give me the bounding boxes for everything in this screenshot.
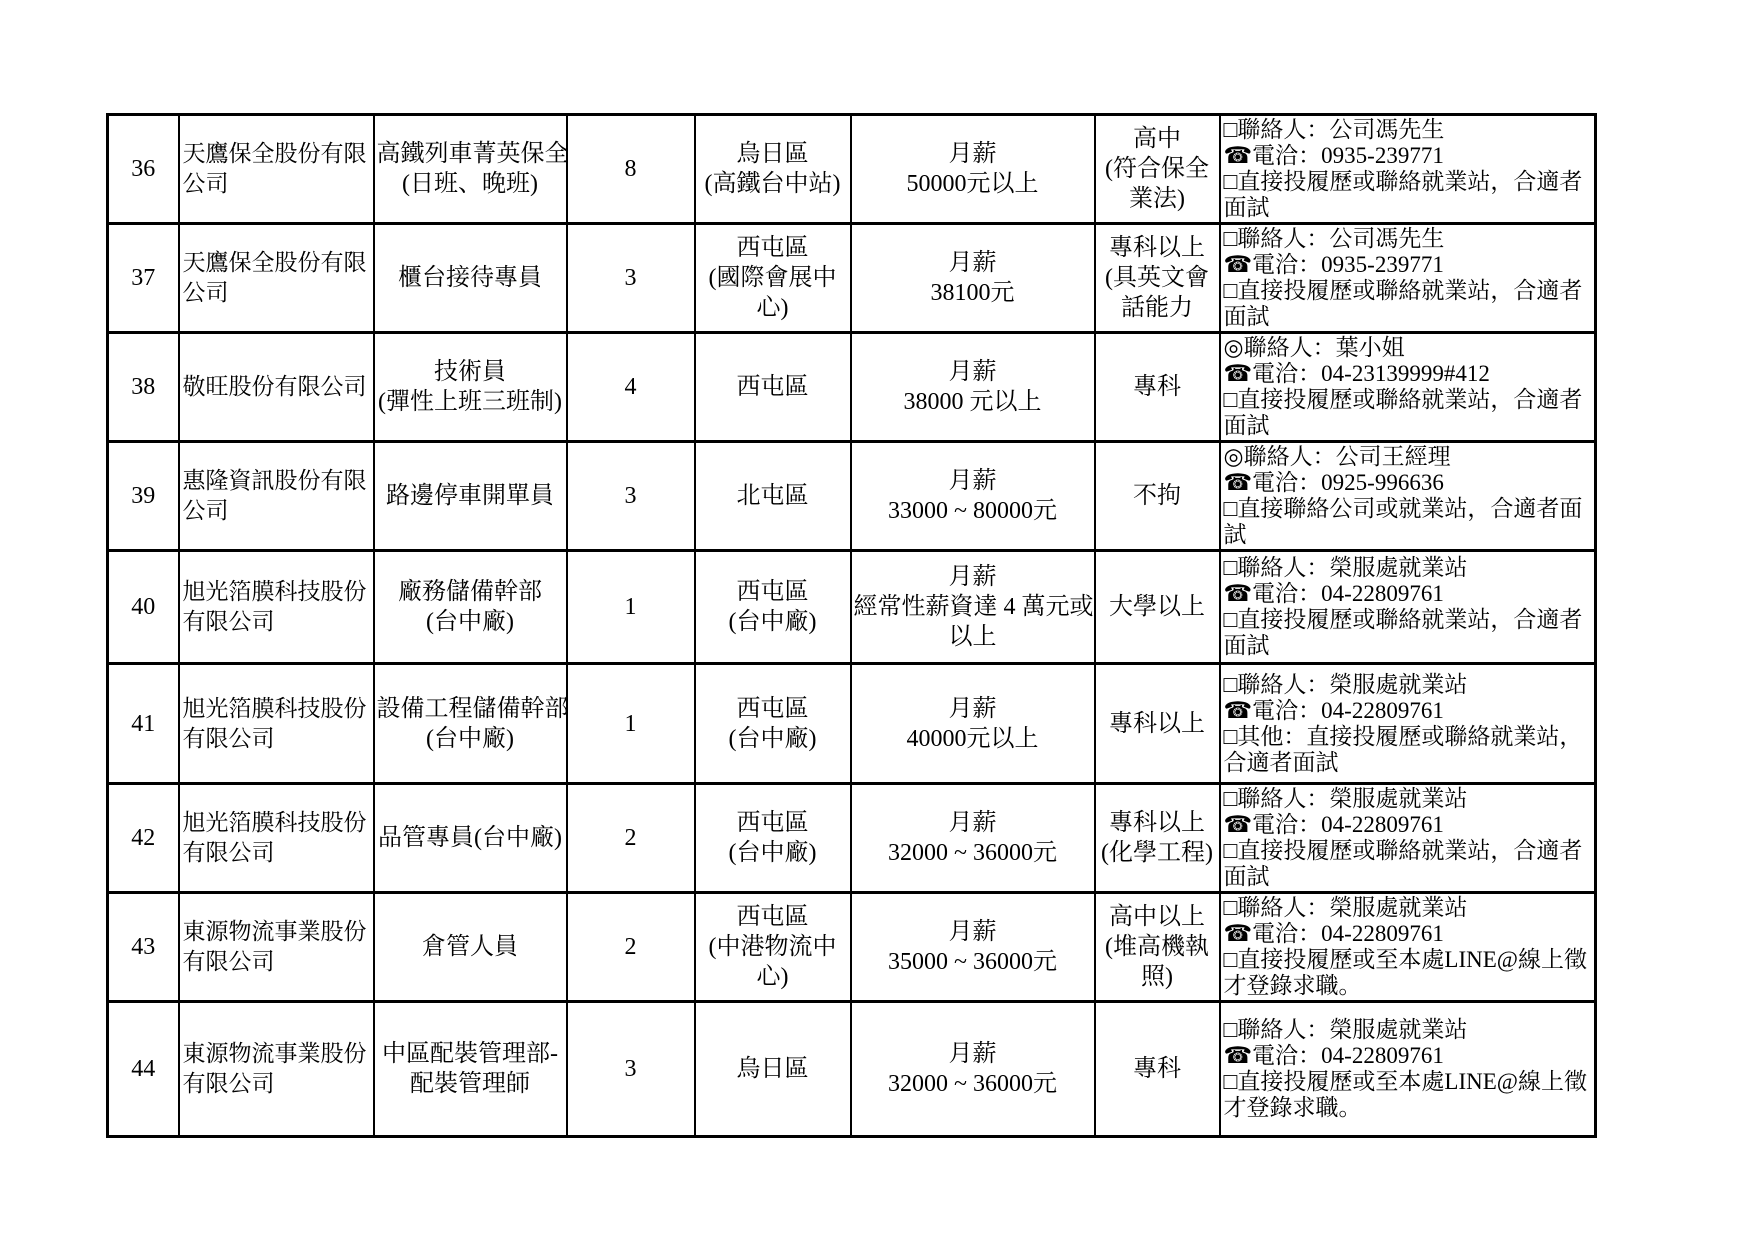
- contact-cell: □聯絡人：榮服處就業站☎電洽：04-22809761□直接投履歷或至本處LINE…: [1220, 1002, 1596, 1137]
- education-line: 專科: [1098, 1054, 1217, 1084]
- contact-line-text: 直接投履歷或聯絡就業站，合適者: [1237, 607, 1582, 632]
- education-line: 高中: [1098, 124, 1217, 154]
- openings-cell: 8: [567, 115, 695, 224]
- openings-cell: 4: [567, 333, 695, 442]
- contact-line-text: 電洽：04-22809761: [1252, 1043, 1444, 1068]
- contact-line: ☎電洽：0925-996636: [1224, 470, 1593, 496]
- education-cell: 高中以上(堆高機執照): [1095, 893, 1220, 1002]
- contact-line-text: 直接聯絡公司或就業站，合適者面: [1237, 496, 1582, 521]
- education-line: (具英文會: [1098, 263, 1217, 293]
- contact-line: □直接聯絡公司或就業站，合適者面: [1224, 496, 1593, 522]
- table-row: 37天鷹保全股份有限公司櫃台接待專員3西屯區(國際會展中心)月薪38100元專科…: [108, 224, 1596, 333]
- company-line: 公司: [183, 169, 371, 199]
- education-line: (化學工程): [1098, 838, 1217, 868]
- row-number-cell: 42: [108, 784, 179, 893]
- job-title-line: 設備工程儲備幹部: [377, 694, 564, 724]
- job-title-cell: 設備工程儲備幹部(台中廠): [374, 664, 567, 784]
- contact-line: □聯絡人：榮服處就業站: [1224, 895, 1593, 921]
- company-line: 惠隆資訊股份有限: [183, 466, 371, 496]
- openings-cell: 2: [567, 784, 695, 893]
- row-number-cell: 43: [108, 893, 179, 1002]
- contact-line-text: 面試: [1224, 633, 1270, 658]
- contact-line: □直接投履歷或至本處LINE@線上徵: [1224, 1069, 1593, 1095]
- district-line: (高鐵台中站): [698, 169, 848, 199]
- contact-line: ☎電洽：04-23139999#412: [1224, 361, 1593, 387]
- education-cell: 專科以上(化學工程): [1095, 784, 1220, 893]
- checkbox-icon: □: [1224, 895, 1238, 921]
- district-line: (台中廠): [698, 724, 848, 754]
- job-title-line: 路邊停車開單員: [377, 481, 564, 511]
- education-cell: 高中(符合保全業法): [1095, 115, 1220, 224]
- contact-line: ☎電洽：04-22809761: [1224, 581, 1593, 607]
- contact-line: ☎電洽：04-22809761: [1224, 812, 1593, 838]
- checkbox-icon: □: [1224, 226, 1238, 252]
- contact-line-text: 電洽：0935-239771: [1252, 252, 1444, 277]
- job-title-line: (彈性上班三班制): [377, 387, 564, 417]
- district-line: 烏日區: [698, 139, 848, 169]
- education-line: 照): [1098, 962, 1217, 992]
- salary-line: 經常性薪資達 4 萬元或: [854, 592, 1092, 622]
- job-title-line: 櫃台接待專員: [377, 263, 564, 293]
- district-cell: 西屯區(中港物流中心): [695, 893, 851, 1002]
- district-line: 西屯區: [698, 902, 848, 932]
- checkbox-icon: □: [1224, 117, 1238, 143]
- contact-line: 面試: [1224, 195, 1593, 221]
- phone-icon: ☎: [1224, 143, 1253, 169]
- district-line: 西屯區: [698, 694, 848, 724]
- job-title-line: 中區配裝管理部-: [377, 1039, 564, 1069]
- contact-line-text: 電洽：0925-996636: [1252, 470, 1444, 495]
- row-number-cell: 41: [108, 664, 179, 784]
- contact-line-text: 聯絡人：榮服處就業站: [1237, 786, 1467, 811]
- contact-line-text: 電洽：04-23139999#412: [1252, 361, 1490, 386]
- contact-line: □直接投履歷或聯絡就業站，合適者: [1224, 387, 1593, 413]
- job-title-cell: 櫃台接待專員: [374, 224, 567, 333]
- checkbox-icon: □: [1224, 1017, 1238, 1043]
- phone-icon: ☎: [1224, 581, 1253, 607]
- row-number-cell: 39: [108, 442, 179, 551]
- salary-cell: 月薪38000 元以上: [851, 333, 1095, 442]
- contact-line: □聯絡人：榮服處就業站: [1224, 672, 1593, 698]
- contact-line-text: 聯絡人：公司馮先生: [1237, 226, 1444, 251]
- contact-line-text: 直接投履歷或至本處LINE@線上徵: [1237, 947, 1587, 972]
- company-line: 旭光箔膜科技股份: [183, 694, 371, 724]
- checkbox-icon: □: [1224, 496, 1238, 522]
- district-line: (中港物流中: [698, 932, 848, 962]
- contact-line-text: 才登錄求職。: [1224, 1095, 1362, 1120]
- contact-line: □聯絡人：公司馮先生: [1224, 117, 1593, 143]
- job-title-line: (台中廠): [377, 724, 564, 754]
- checkbox-icon: □: [1224, 786, 1238, 812]
- district-cell: 西屯區(國際會展中心): [695, 224, 851, 333]
- company-cell: 旭光箔膜科技股份有限公司: [179, 664, 374, 784]
- contact-line: □直接投履歷或至本處LINE@線上徵: [1224, 947, 1593, 973]
- district-cell: 西屯區(台中廠): [695, 784, 851, 893]
- contact-line-text: 電洽：0935-239771: [1252, 143, 1444, 168]
- education-cell: 專科: [1095, 333, 1220, 442]
- contact-line-text: 合適者面試: [1224, 750, 1339, 775]
- row-number-cell: 40: [108, 551, 179, 664]
- job-title-line: 技術員: [377, 357, 564, 387]
- checkbox-icon: □: [1224, 169, 1238, 195]
- company-line: 有限公司: [183, 838, 371, 868]
- salary-line: 月薪: [854, 248, 1092, 278]
- contact-line: 才登錄求職。: [1224, 1095, 1593, 1121]
- district-cell: 西屯區: [695, 333, 851, 442]
- contact-cell: □聯絡人：榮服處就業站☎電洽：04-22809761□直接投履歷或聯絡就業站，合…: [1220, 551, 1596, 664]
- contact-line-text: 聯絡人：榮服處就業站: [1237, 555, 1467, 580]
- salary-cell: 月薪經常性薪資達 4 萬元或以上: [851, 551, 1095, 664]
- job-title-line: 廠務儲備幹部: [377, 577, 564, 607]
- table-row: 40旭光箔膜科技股份有限公司廠務儲備幹部(台中廠)1西屯區(台中廠)月薪經常性薪…: [108, 551, 1596, 664]
- education-cell: 專科以上(具英文會話能力: [1095, 224, 1220, 333]
- contact-line: ☎電洽：04-22809761: [1224, 698, 1593, 724]
- education-line: 專科: [1098, 372, 1217, 402]
- salary-line: 月薪: [854, 466, 1092, 496]
- contact-line: 面試: [1224, 633, 1593, 659]
- salary-line: 月薪: [854, 917, 1092, 947]
- education-line: 高中以上: [1098, 902, 1217, 932]
- contact-line-text: 電洽：04-22809761: [1252, 812, 1444, 837]
- contact-line-text: 面試: [1224, 195, 1270, 220]
- job-title-line: 倉管人員: [377, 932, 564, 962]
- salary-cell: 月薪40000元以上: [851, 664, 1095, 784]
- company-line: 天鷹保全股份有限: [183, 248, 371, 278]
- double-circle-icon: ◎: [1224, 444, 1244, 470]
- contact-line: ☎電洽：04-22809761: [1224, 1043, 1593, 1069]
- salary-line: 35000 ~ 36000元: [854, 947, 1092, 977]
- contact-line: □聯絡人：榮服處就業站: [1224, 555, 1593, 581]
- salary-cell: 月薪50000元以上: [851, 115, 1095, 224]
- company-line: 有限公司: [183, 947, 371, 977]
- contact-line-text: 電洽：04-22809761: [1252, 581, 1444, 606]
- education-line: 業法): [1098, 184, 1217, 214]
- district-line: 心): [698, 293, 848, 323]
- education-line: 專科以上: [1098, 808, 1217, 838]
- contact-line-text: 直接投履歷或聯絡就業站，合適者: [1237, 169, 1582, 194]
- contact-line: ◎聯絡人：葉小姐: [1224, 335, 1593, 361]
- contact-line-text: 聯絡人：公司王經理: [1244, 444, 1451, 469]
- contact-line: 試: [1224, 522, 1593, 548]
- contact-line: □聯絡人：公司馮先生: [1224, 226, 1593, 252]
- table-row: 38敬旺股份有限公司技術員(彈性上班三班制)4西屯區月薪38000 元以上專科◎…: [108, 333, 1596, 442]
- checkbox-icon: □: [1224, 947, 1238, 973]
- company-line: 旭光箔膜科技股份: [183, 808, 371, 838]
- salary-line: 50000元以上: [854, 169, 1092, 199]
- district-line: 西屯區: [698, 372, 848, 402]
- company-line: 敬旺股份有限公司: [183, 372, 371, 402]
- table-row: 43東源物流事業股份有限公司倉管人員2西屯區(中港物流中心)月薪35000 ~ …: [108, 893, 1596, 1002]
- contact-line: 才登錄求職。: [1224, 973, 1593, 999]
- district-cell: 西屯區(台中廠): [695, 551, 851, 664]
- checkbox-icon: □: [1224, 278, 1238, 304]
- company-cell: 天鷹保全股份有限公司: [179, 115, 374, 224]
- phone-icon: ☎: [1224, 252, 1253, 278]
- job-title-line: (台中廠): [377, 607, 564, 637]
- salary-cell: 月薪32000 ~ 36000元: [851, 1002, 1095, 1137]
- company-line: 有限公司: [183, 607, 371, 637]
- salary-line: 月薪: [854, 357, 1092, 387]
- phone-icon: ☎: [1224, 921, 1253, 947]
- phone-icon: ☎: [1224, 1043, 1253, 1069]
- contact-line-text: 電洽：04-22809761: [1252, 698, 1444, 723]
- salary-line: 33000 ~ 80000元: [854, 496, 1092, 526]
- openings-cell: 3: [567, 224, 695, 333]
- district-line: 烏日區: [698, 1054, 848, 1084]
- education-line: 專科以上: [1098, 233, 1217, 263]
- district-cell: 烏日區: [695, 1002, 851, 1137]
- table-row: 42旭光箔膜科技股份有限公司品管專員(台中廠)2西屯區(台中廠)月薪32000 …: [108, 784, 1596, 893]
- contact-line-text: 聯絡人：榮服處就業站: [1237, 1017, 1467, 1042]
- company-cell: 惠隆資訊股份有限公司: [179, 442, 374, 551]
- salary-cell: 月薪35000 ~ 36000元: [851, 893, 1095, 1002]
- job-title-cell: 中區配裝管理部-配裝管理師: [374, 1002, 567, 1137]
- table-row: 39惠隆資訊股份有限公司路邊停車開單員3北屯區月薪33000 ~ 80000元不…: [108, 442, 1596, 551]
- document-page: 36天鷹保全股份有限公司高鐵列車菁英保全(日班、晚班)8烏日區(高鐵台中站)月薪…: [0, 0, 1755, 1241]
- salary-line: 月薪: [854, 562, 1092, 592]
- education-line: 話能力: [1098, 293, 1217, 323]
- salary-cell: 月薪33000 ~ 80000元: [851, 442, 1095, 551]
- phone-icon: ☎: [1224, 361, 1253, 387]
- contact-line: ◎聯絡人：公司王經理: [1224, 444, 1593, 470]
- contact-line: 面試: [1224, 413, 1593, 439]
- salary-line: 38000 元以上: [854, 387, 1092, 417]
- contact-line-text: 才登錄求職。: [1224, 973, 1362, 998]
- salary-line: 月薪: [854, 694, 1092, 724]
- education-line: 專科以上: [1098, 709, 1217, 739]
- contact-line-text: 其他：直接投履歷或聯絡就業站，: [1237, 724, 1582, 749]
- salary-cell: 月薪38100元: [851, 224, 1095, 333]
- checkbox-icon: □: [1224, 1069, 1238, 1095]
- contact-line: 面試: [1224, 304, 1593, 330]
- education-cell: 不拘: [1095, 442, 1220, 551]
- salary-cell: 月薪32000 ~ 36000元: [851, 784, 1095, 893]
- contact-cell: □聯絡人：公司馮先生☎電洽：0935-239771□直接投履歷或聯絡就業站，合適…: [1220, 224, 1596, 333]
- contact-line: ☎電洽：0935-239771: [1224, 143, 1593, 169]
- contact-line-text: 聯絡人：榮服處就業站: [1237, 672, 1467, 697]
- checkbox-icon: □: [1224, 838, 1238, 864]
- company-line: 旭光箔膜科技股份: [183, 577, 371, 607]
- district-cell: 北屯區: [695, 442, 851, 551]
- company-line: 東源物流事業股份: [183, 917, 371, 947]
- contact-line-text: 電洽：04-22809761: [1252, 921, 1444, 946]
- district-line: (台中廠): [698, 838, 848, 868]
- row-number-cell: 36: [108, 115, 179, 224]
- openings-cell: 2: [567, 893, 695, 1002]
- contact-line-text: 面試: [1224, 304, 1270, 329]
- district-line: 西屯區: [698, 233, 848, 263]
- contact-line: 合適者面試: [1224, 750, 1593, 776]
- district-line: 西屯區: [698, 808, 848, 838]
- job-title-cell: 路邊停車開單員: [374, 442, 567, 551]
- checkbox-icon: □: [1224, 724, 1238, 750]
- contact-line-text: 聯絡人：公司馮先生: [1237, 117, 1444, 142]
- row-number-cell: 44: [108, 1002, 179, 1137]
- phone-icon: ☎: [1224, 470, 1253, 496]
- job-title-line: 配裝管理師: [377, 1069, 564, 1099]
- contact-cell: □聯絡人：榮服處就業站☎電洽：04-22809761□直接投履歷或至本處LINE…: [1220, 893, 1596, 1002]
- salary-line: 月薪: [854, 139, 1092, 169]
- company-cell: 東源物流事業股份有限公司: [179, 1002, 374, 1137]
- contact-line-text: 聯絡人：榮服處就業站: [1237, 895, 1467, 920]
- job-table-body: 36天鷹保全股份有限公司高鐵列車菁英保全(日班、晚班)8烏日區(高鐵台中站)月薪…: [108, 115, 1596, 1137]
- double-circle-icon: ◎: [1224, 335, 1244, 361]
- contact-line-text: 直接投履歷或至本處LINE@線上徵: [1237, 1069, 1587, 1094]
- job-title-cell: 技術員(彈性上班三班制): [374, 333, 567, 442]
- company-line: 有限公司: [183, 724, 371, 754]
- company-line: 天鷹保全股份有限: [183, 139, 371, 169]
- contact-line: ☎電洽：0935-239771: [1224, 252, 1593, 278]
- table-row: 44東源物流事業股份有限公司中區配裝管理部-配裝管理師3烏日區月薪32000 ~…: [108, 1002, 1596, 1137]
- contact-line: □聯絡人：榮服處就業站: [1224, 1017, 1593, 1043]
- contact-line-text: 聯絡人：葉小姐: [1244, 335, 1405, 360]
- education-cell: 專科: [1095, 1002, 1220, 1137]
- company-line: 有限公司: [183, 1069, 371, 1099]
- contact-line: □聯絡人：榮服處就業站: [1224, 786, 1593, 812]
- company-line: 公司: [183, 278, 371, 308]
- phone-icon: ☎: [1224, 698, 1253, 724]
- company-line: 公司: [183, 496, 371, 526]
- district-line: 心): [698, 962, 848, 992]
- contact-line: 面試: [1224, 864, 1593, 890]
- education-line: 大學以上: [1098, 592, 1217, 622]
- job-title-line: 高鐵列車菁英保全: [377, 139, 564, 169]
- district-line: 西屯區: [698, 577, 848, 607]
- checkbox-icon: □: [1224, 555, 1238, 581]
- district-cell: 烏日區(高鐵台中站): [695, 115, 851, 224]
- job-title-cell: 高鐵列車菁英保全(日班、晚班): [374, 115, 567, 224]
- salary-line: 月薪: [854, 1039, 1092, 1069]
- job-listing-table: 36天鷹保全股份有限公司高鐵列車菁英保全(日班、晚班)8烏日區(高鐵台中站)月薪…: [106, 113, 1597, 1138]
- contact-line: □直接投履歷或聯絡就業站，合適者: [1224, 169, 1593, 195]
- openings-cell: 1: [567, 664, 695, 784]
- job-title-cell: 倉管人員: [374, 893, 567, 1002]
- row-number-cell: 38: [108, 333, 179, 442]
- contact-line: □直接投履歷或聯絡就業站，合適者: [1224, 838, 1593, 864]
- contact-line: □直接投履歷或聯絡就業站，合適者: [1224, 278, 1593, 304]
- job-title-cell: 廠務儲備幹部(台中廠): [374, 551, 567, 664]
- openings-cell: 1: [567, 551, 695, 664]
- education-cell: 專科以上: [1095, 664, 1220, 784]
- contact-cell: □聯絡人：榮服處就業站☎電洽：04-22809761□其他：直接投履歷或聯絡就業…: [1220, 664, 1596, 784]
- contact-line-text: 面試: [1224, 413, 1270, 438]
- education-line: (堆高機執: [1098, 932, 1217, 962]
- openings-cell: 3: [567, 442, 695, 551]
- company-cell: 旭光箔膜科技股份有限公司: [179, 551, 374, 664]
- contact-cell: ◎聯絡人：公司王經理☎電洽：0925-996636□直接聯絡公司或就業站，合適者…: [1220, 442, 1596, 551]
- salary-line: 32000 ~ 36000元: [854, 1069, 1092, 1099]
- contact-cell: □聯絡人：榮服處就業站☎電洽：04-22809761□直接投履歷或聯絡就業站，合…: [1220, 784, 1596, 893]
- salary-line: 38100元: [854, 278, 1092, 308]
- contact-line-text: 面試: [1224, 864, 1270, 889]
- contact-cell: □聯絡人：公司馮先生☎電洽：0935-239771□直接投履歷或聯絡就業站，合適…: [1220, 115, 1596, 224]
- contact-line: □直接投履歷或聯絡就業站，合適者: [1224, 607, 1593, 633]
- job-title-cell: 品管專員(台中廠): [374, 784, 567, 893]
- contact-cell: ◎聯絡人：葉小姐☎電洽：04-23139999#412□直接投履歷或聯絡就業站，…: [1220, 333, 1596, 442]
- education-line: (符合保全: [1098, 154, 1217, 184]
- company-cell: 旭光箔膜科技股份有限公司: [179, 784, 374, 893]
- contact-line-text: 直接投履歷或聯絡就業站，合適者: [1237, 278, 1582, 303]
- salary-line: 40000元以上: [854, 724, 1092, 754]
- district-line: (台中廠): [698, 607, 848, 637]
- table-row: 36天鷹保全股份有限公司高鐵列車菁英保全(日班、晚班)8烏日區(高鐵台中站)月薪…: [108, 115, 1596, 224]
- contact-line: ☎電洽：04-22809761: [1224, 921, 1593, 947]
- district-cell: 西屯區(台中廠): [695, 664, 851, 784]
- district-line: 北屯區: [698, 481, 848, 511]
- education-cell: 大學以上: [1095, 551, 1220, 664]
- phone-icon: ☎: [1224, 812, 1253, 838]
- job-title-line: 品管專員(台中廠): [377, 823, 564, 853]
- row-number-cell: 37: [108, 224, 179, 333]
- education-line: 不拘: [1098, 481, 1217, 511]
- salary-line: 月薪: [854, 808, 1092, 838]
- checkbox-icon: □: [1224, 672, 1238, 698]
- district-line: (國際會展中: [698, 263, 848, 293]
- checkbox-icon: □: [1224, 387, 1238, 413]
- salary-line: 32000 ~ 36000元: [854, 838, 1092, 868]
- checkbox-icon: □: [1224, 607, 1238, 633]
- company-cell: 天鷹保全股份有限公司: [179, 224, 374, 333]
- table-row: 41旭光箔膜科技股份有限公司設備工程儲備幹部(台中廠)1西屯區(台中廠)月薪40…: [108, 664, 1596, 784]
- contact-line-text: 直接投履歷或聯絡就業站，合適者: [1237, 387, 1582, 412]
- contact-line: □其他：直接投履歷或聯絡就業站，: [1224, 724, 1593, 750]
- company-cell: 東源物流事業股份有限公司: [179, 893, 374, 1002]
- company-cell: 敬旺股份有限公司: [179, 333, 374, 442]
- salary-line: 以上: [854, 622, 1092, 652]
- contact-line-text: 直接投履歷或聯絡就業站，合適者: [1237, 838, 1582, 863]
- company-line: 東源物流事業股份: [183, 1039, 371, 1069]
- openings-cell: 3: [567, 1002, 695, 1137]
- contact-line-text: 試: [1224, 522, 1247, 547]
- job-title-line: (日班、晚班): [377, 169, 564, 199]
